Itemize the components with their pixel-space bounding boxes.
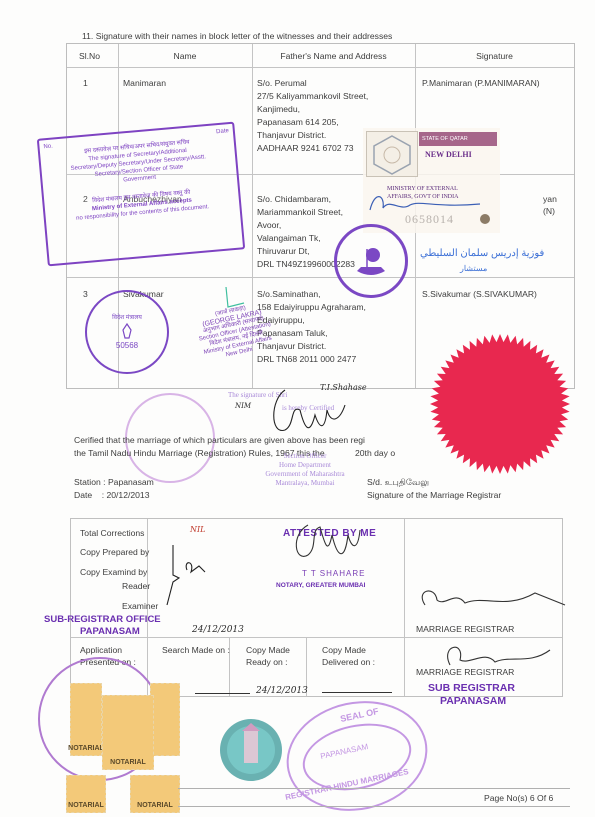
sub-registrar-stamp-place: PAPANASAM [440,695,506,707]
red-wax-seal-icon [428,332,572,476]
row-signature: S.Sivakumar (S.SIVAKUMAR) [422,288,537,300]
sd-label: S/d. [367,477,382,487]
address-line: 158 Edaiyiruppu Agraharam, [257,301,366,313]
stamp-no-label: No. [43,143,53,152]
page-number: Page No(s) 6 Of 6 [484,792,553,804]
sd-value: உபுதிவேலு [385,477,429,487]
row-name: Manimaran [123,77,166,89]
stamp-text: Home Department [265,461,345,470]
copy-prepared-label: Copy Prepared by [80,546,149,558]
mea-round-seal: विदेश मंत्रालय 50568 [85,290,169,374]
green-tick-icon [218,285,248,315]
stamp-date-label: Date [216,127,229,136]
registrar-signature-label: Signature of the Marriage Registrar [367,489,501,501]
dash-line [195,693,250,694]
attested-subtitle: NOTARY, GREATER MUMBAI [276,582,365,589]
sub-registrar-stamp: SUB REGISTRAR [428,682,515,694]
stamp-text: Section Officer [265,452,345,461]
date-field: Date : 20/12/2013 [74,489,150,501]
station-field: Station : Papanasam [74,476,154,488]
dhow-icon [351,241,391,281]
emblem-icon [366,131,418,177]
signature-scribble-icon [280,515,380,575]
copy-examined-label: Copy Examind by [80,566,147,578]
seal-text: विदेश मंत्रालय [112,315,142,322]
signature-scribble-icon [365,190,485,220]
address-line: Thiruvarur Dt, [257,245,310,257]
address-line: S/o.Saminathan, [257,288,321,300]
dated-value: 24/12/2013 [192,625,244,635]
date-value: 20/12/2013 [106,490,149,500]
examiner-label: Examiner [122,600,158,612]
address-line: S/o. Perumal [257,77,307,89]
station-value: Papanasam [108,477,154,487]
copy-ready-value: 24/12/2013 [256,686,308,696]
copy-delivered-label: Copy Made Delivered on : [322,644,392,668]
sticker-city: NEW DELHI [425,150,472,159]
address-line: S/o. Chidambaram, [257,193,331,205]
sub-registrar-office-stamp: SUB-REGISTRAR OFFICE [44,614,161,625]
stamp-text: Government of Maharashtra [265,470,345,479]
address-line: Mariammankoil Street, [257,206,343,218]
address-line: 27/5 Kaliyammankovil Street, [257,90,368,102]
notarial-stamp: NOTARIAL [66,775,106,813]
row-signature: yan (N) [543,193,571,217]
row-slno: 1 [83,77,88,89]
arabic-name: فوزية إدريس سلمان السليطي [420,248,544,259]
notarial-stamp [150,683,180,756]
address-line: Kanjimedu, [257,103,300,115]
emblem-icon [117,322,137,342]
total-corrections-label: Total Corrections [80,527,144,539]
certification-day: 20th day o [355,447,395,459]
address-line: Valangaiman Tk, [257,232,321,244]
address-line: Papanasam 614 205, [257,116,339,128]
notarial-stamp: NOTARIAL [102,695,154,770]
total-corrections-value: NIL [190,525,205,534]
address-line: Thanjavur District. [257,129,326,141]
tamil-nadu-emblem-seal-icon [218,717,284,783]
dash-line [322,692,392,693]
col-header-father-address: Father's Name and Address [252,50,415,62]
home-dept-stamp: Section Officer Home Department Governme… [265,452,345,488]
row-signature: P.Manimaran (P.MANIMARAN) [422,77,540,89]
footer-divider [178,806,570,807]
date-label: Date [74,490,92,500]
col-header-signature: Signature [415,50,574,62]
seal-number: 50568 [116,342,138,349]
arabic-title: مستشار [460,264,487,273]
col-header-slno: Sl.No [79,50,100,62]
marriage-registrar-label-2: MARRIAGE REGISTRAR [416,666,514,678]
sd-field: S/d. உபுதிவேலு [367,476,429,488]
notarial-stamp: NOTARIAL [70,683,102,756]
reader-label: Reader [122,580,150,592]
marriage-registrar-label-1: MARRIAGE REGISTRAR [416,623,514,635]
bracket-scribble-icon [165,540,225,610]
signature-scribble-icon [415,585,575,620]
section-heading: 11. Signature with their names in block … [82,30,392,42]
station-label: Station [74,477,101,487]
sticker-header: STATE OF QATAR [419,132,497,146]
copy-ready-label: Copy Made Ready on : [246,644,306,668]
address-line: DRL TN68 2011 000 2477 [257,353,356,365]
notarial-stamp: NOTARIAL [130,775,180,813]
nim-label: NIM [235,402,251,410]
stamp-text: Mantralaya, Mumbai [265,479,345,488]
sub-registrar-office-stamp-place: PAPANASAM [80,626,140,637]
search-made-label: Search Made on : [162,644,232,656]
address-line: Avoor, [257,219,281,231]
certification-line-1: Cerified that the marriage of which part… [74,434,365,446]
qatar-embassy-seal [334,224,408,298]
row-slno: 3 [83,288,88,300]
mea-attestation-stamp: No. Date इस दस्तावेज़ पर सचिव/अपर सचिव/स… [37,122,245,267]
address-line: AADHAAR 9241 6702 73 [257,142,354,154]
col-header-name: Name [118,50,252,62]
footer-divider [178,788,570,789]
